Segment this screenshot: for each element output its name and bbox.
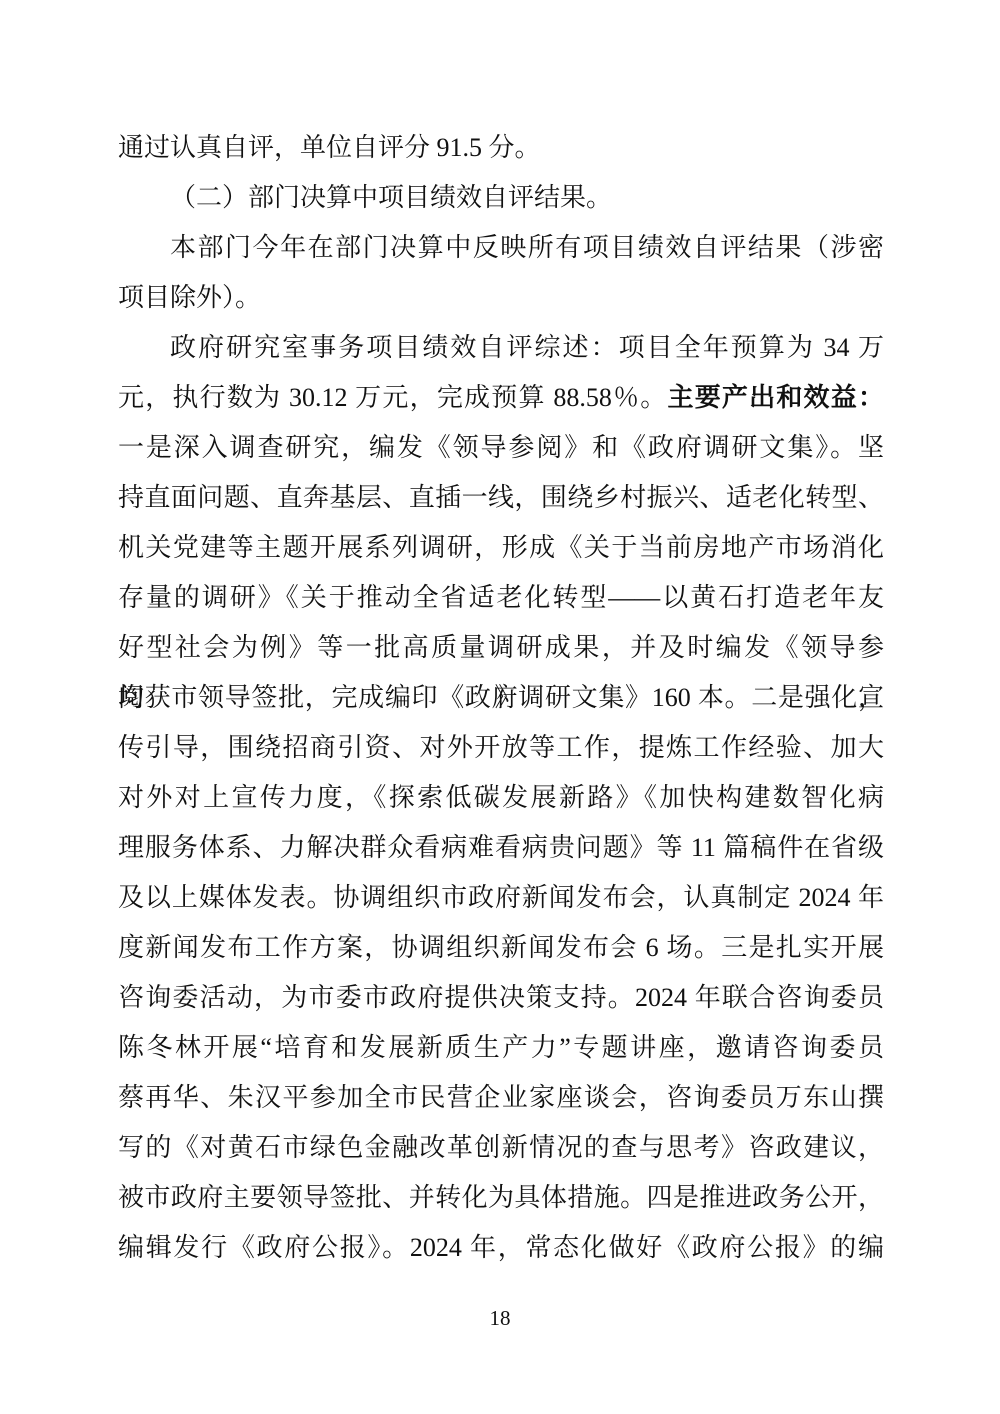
text-run: 政府研究室事务项目绩效自评综述：项目全年预算为 34 万 [170,333,884,362]
text-line: 理服务体系、力解决群众看病难看病贵问题》等 11 篇稿件在省级 [118,823,884,873]
text-run: 存量的调研》《关于推动全省适老化转型——以黄石打造老年友 [118,583,884,612]
text-run: 及以上媒体发表。协调组织市政府新闻发布会，认真制定 2024 年 [118,883,884,912]
text-line: 咨询委活动，为市委市政府提供决策支持。2024 年联合咨询委员 [118,973,884,1023]
text-run: 咨询委活动，为市委市政府提供决策支持。2024 年联合咨询委员 [118,983,884,1012]
page-number: 18 [0,1305,1000,1331]
text-line: 机关党建等主题开展系列调研，形成《关于当前房地产市场消化 [118,523,884,573]
text-run: （二）部门决算中项目绩效自评结果。 [170,183,612,212]
text-line: 元，执行数为 30.12 万元，完成预算 88.58％。主要产出和效益： [118,373,884,423]
text-line: 传引导，围绕招商引资、对外开放等工作，提炼工作经验、加大 [118,723,884,773]
text-run: 理服务体系、力解决群众看病难看病贵问题》等 11 篇稿件在省级 [118,833,884,862]
text-run: 均获市领导签批，完成编印《政府调研文集》160 本。二是强化宣 [118,683,884,712]
text-line: 存量的调研》《关于推动全省适老化转型——以黄石打造老年友 [118,573,884,623]
text-run: 蔡再华、朱汉平参加全市民营企业家座谈会，咨询委员万东山撰 [118,1083,884,1112]
text-run: 项目除外）。 [118,283,261,312]
text-line: 及以上媒体发表。协调组织市政府新闻发布会，认真制定 2024 年 [118,873,884,923]
text-run: 本部门今年在部门决算中反映所有项目绩效自评结果（涉密 [170,233,884,262]
text-line: （二）部门决算中项目绩效自评结果。 [118,173,884,223]
bold-text-run: 主要产出和效益： [668,383,884,412]
text-line: 项目除外）。 [118,273,884,323]
text-line: 被市政府主要领导签批、并转化为具体措施。四是推进政务公开， [118,1173,884,1223]
text-line: 陈冬林开展“培育和发展新质生产力”专题讲座，邀请咨询委员 [118,1023,884,1073]
text-run: 通过认真自评，单位自评分 91.5 分。 [118,133,541,162]
text-line: 写的《对黄石市绿色金融改革创新情况的查与思考》咨政建议， [118,1123,884,1173]
text-line: 本部门今年在部门决算中反映所有项目绩效自评结果（涉密 [118,223,884,273]
text-line: 持直面问题、直奔基层、直插一线，围绕乡村振兴、适老化转型、 [118,473,884,523]
text-line: 度新闻发布工作方案，协调组织新闻发布会 6 场。三是扎实开展 [118,923,884,973]
text-run: 写的《对黄石市绿色金融改革创新情况的查与思考》咨政建议， [118,1133,884,1162]
text-run: 陈冬林开展“培育和发展新质生产力”专题讲座，邀请咨询委员 [118,1033,884,1062]
text-run: 度新闻发布工作方案，协调组织新闻发布会 6 场。三是扎实开展 [118,933,884,962]
text-run: 机关党建等主题开展系列调研，形成《关于当前房地产市场消化 [118,533,884,562]
text-line: 好型社会为例》等一批高质量调研成果，并及时编发《领导参阅》， [118,623,884,673]
text-line: 通过认真自评，单位自评分 91.5 分。 [118,123,884,173]
document-body: 通过认真自评，单位自评分 91.5 分。（二）部门决算中项目绩效自评结果。本部门… [118,123,884,1273]
text-line: 均获市领导签批，完成编印《政府调研文集》160 本。二是强化宣 [118,673,884,723]
text-run: 持直面问题、直奔基层、直插一线，围绕乡村振兴、适老化转型、 [118,483,884,512]
text-run: 编辑发行《政府公报》。2024 年，常态化做好《政府公报》的编 [118,1233,884,1262]
text-run: 传引导，围绕招商引资、对外开放等工作，提炼工作经验、加大 [118,733,884,762]
text-line: 对外对上宣传力度，《探索低碳发展新路》《加快构建数智化病 [118,773,884,823]
text-line: 政府研究室事务项目绩效自评综述：项目全年预算为 34 万 [118,323,884,373]
text-run: 元，执行数为 30.12 万元，完成预算 88.58％。 [118,383,668,412]
text-run: 对外对上宣传力度，《探索低碳发展新路》《加快构建数智化病 [118,783,884,812]
text-run: 被市政府主要领导签批、并转化为具体措施。四是推进政务公开， [118,1183,884,1212]
text-run: 一是深入调查研究，编发《领导参阅》和《政府调研文集》。坚 [118,433,884,462]
document-page: 通过认真自评，单位自评分 91.5 分。（二）部门决算中项目绩效自评结果。本部门… [0,0,1000,1414]
text-line: 编辑发行《政府公报》。2024 年，常态化做好《政府公报》的编 [118,1223,884,1273]
text-line: 蔡再华、朱汉平参加全市民营企业家座谈会，咨询委员万东山撰 [118,1073,884,1123]
text-line: 一是深入调查研究，编发《领导参阅》和《政府调研文集》。坚 [118,423,884,473]
